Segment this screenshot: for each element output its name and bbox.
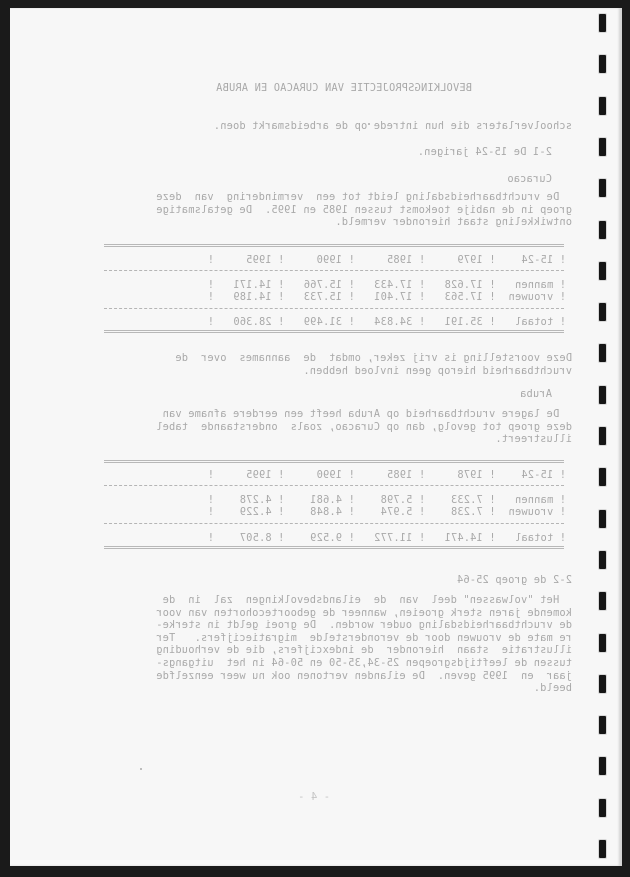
binding-hole [599, 468, 606, 486]
curacao-table-header: ! 15-24 ! 1979 ! 1985 ! 1990 ! 1995 ! [208, 254, 566, 266]
binding-hole [599, 799, 606, 817]
table-rule [104, 308, 564, 309]
after-curacao-paragraph: Deze voorstelling is vrij zeker, omdat d… [175, 352, 572, 377]
binding-hole [599, 386, 606, 404]
table-rule [104, 485, 564, 486]
binding-hole [599, 634, 606, 652]
binding-hole [599, 551, 606, 569]
aruba-table-total: ! totaal ! 14.471 ! 11.772 ! 9.529 ! 8.5… [208, 532, 566, 544]
curacao-table-rows: ! mannen ! 17.628 ! 17.433 ! 15.766 ! 14… [208, 279, 566, 303]
binding-hole [599, 757, 606, 775]
table-rule [104, 244, 564, 247]
binding-hole [599, 716, 606, 734]
binding-hole [599, 675, 606, 693]
running-header: BEVOLKINGSPROJECTIE VAN CURACAO EN ARUBA [216, 82, 472, 94]
table-rule [104, 460, 564, 463]
mirrored-show-through-text: BEVOLKINGSPROJECTIE VAN CURACAO EN ARUBA… [10, 8, 622, 866]
scan-speck [140, 768, 142, 770]
binding-hole [599, 14, 606, 32]
intro-line: schoolverlaters die hun intrede op de ar… [214, 120, 572, 132]
binding-hole [599, 179, 606, 197]
scanned-page: BEVOLKINGSPROJECTIE VAN CURACAO EN ARUBA… [10, 8, 622, 866]
binding-hole [599, 221, 606, 239]
curacao-heading: Curacao [507, 173, 552, 185]
curacao-table-total: ! totaal ! 35.191 ! 34.834 ! 31.499 ! 28… [208, 316, 566, 328]
binding-hole [599, 427, 606, 445]
binding-hole [599, 510, 606, 528]
table-rule [104, 270, 564, 271]
table-rule [104, 546, 564, 549]
aruba-paragraph: De lagere vruchtbaarheid op Aruba heeft … [156, 408, 572, 446]
table-rule [104, 330, 564, 333]
page-number: - 4 - [298, 791, 330, 803]
curacao-paragraph: De vruchtbaarheidsdaling leidt tot een v… [156, 191, 572, 229]
binding-hole [599, 97, 606, 115]
aruba-heading: Aruba [520, 388, 552, 400]
binding-hole [599, 592, 606, 610]
section-2-heading: 2-2 de groep 25-64 [457, 574, 572, 586]
aruba-table-header: ! 15-24 ! 1978 ! 1985 ! 1990 ! 1995 ! [208, 469, 566, 481]
section-1-heading: 2-1 De 15-24 jarigen. [418, 146, 552, 158]
table-rule [104, 523, 564, 524]
binding-hole [599, 55, 606, 73]
scan-speck [368, 123, 370, 125]
section-2-paragraph: Het "volwassen" deel van de eilandsbevol… [156, 594, 572, 695]
binding-hole [599, 840, 606, 858]
binding-hole [599, 262, 606, 280]
binding-hole [599, 138, 606, 156]
binding-hole [599, 303, 606, 321]
aruba-table-rows: ! mannen ! 7.233 ! 5.798 ! 4.681 ! 4.278… [208, 494, 566, 518]
binding-hole [599, 344, 606, 362]
